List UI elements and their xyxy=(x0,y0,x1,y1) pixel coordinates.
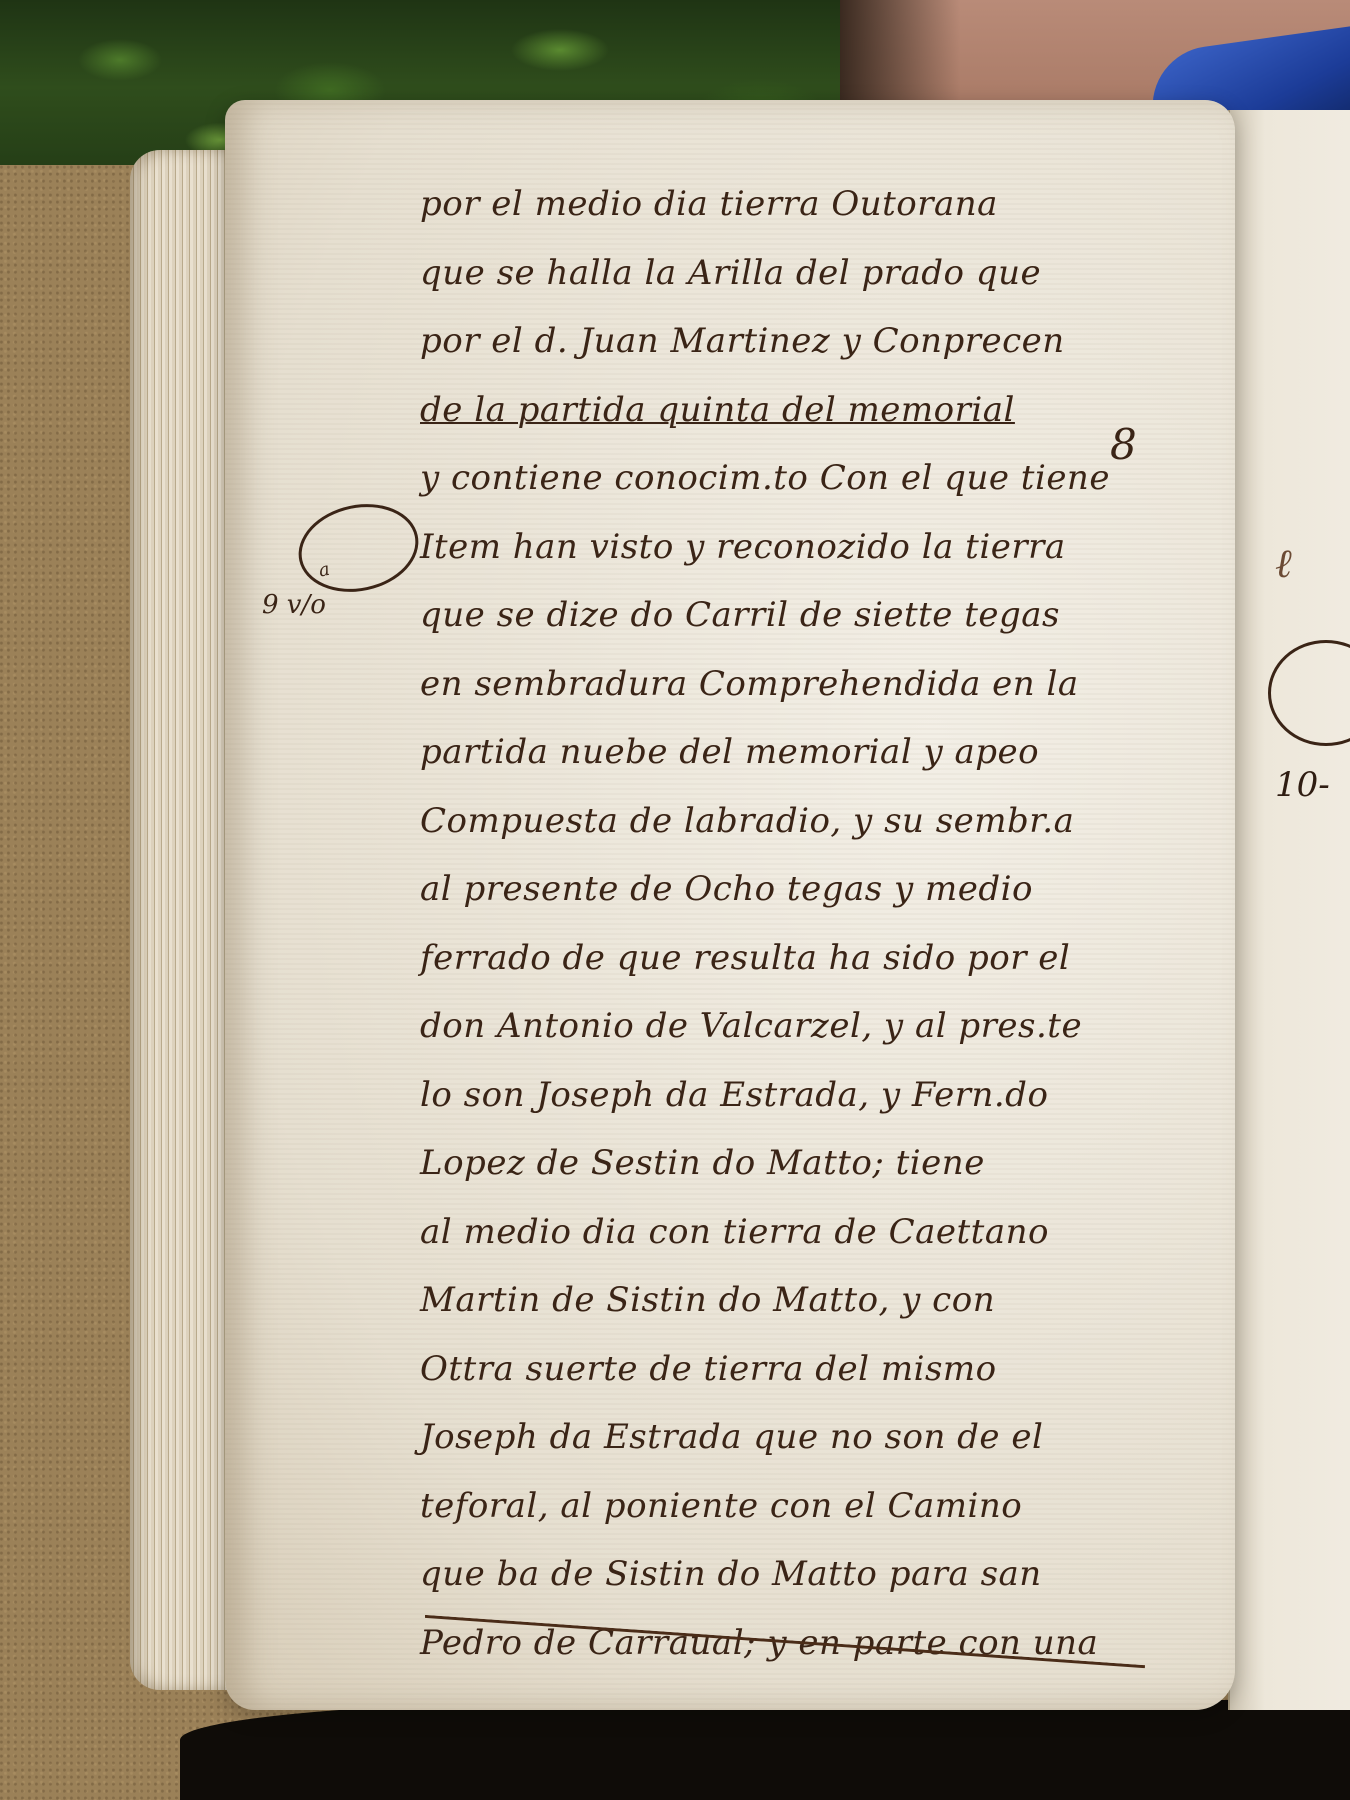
text-line: que ba de Sistin do Matto para san xyxy=(420,1540,1200,1609)
margin-note: 9 v/o xyxy=(262,590,326,620)
facing-page xyxy=(1228,110,1350,1710)
text-line: Martin de Sistin do Matto, y con xyxy=(420,1266,1200,1335)
text-line: por el medio dia tierra Outorana xyxy=(420,170,1200,239)
text-line: Joseph da Estrada que no son de el xyxy=(420,1403,1200,1472)
text-line: de la partida quinta del memorial xyxy=(420,376,1200,445)
facing-page-mark: ℓ xyxy=(1275,540,1292,587)
manuscript-text: por el medio dia tierra Outorana que se … xyxy=(420,170,1200,1677)
text-line: en sembradura Comprehendida en la xyxy=(420,650,1200,719)
text-line: partida nuebe del memorial y apeo xyxy=(420,718,1200,787)
text-line: Ottra suerte de tierra del mismo xyxy=(420,1335,1200,1404)
text-line: Compuesta de labradio, y su sembr.a xyxy=(420,787,1200,856)
text-line: al presente de Ocho tegas y medio xyxy=(420,855,1200,924)
text-line: al medio dia con tierra de Caettano xyxy=(420,1198,1200,1267)
text-line: que se dize do Carril de siette tegas xyxy=(420,581,1200,650)
book-shadow xyxy=(180,1700,1350,1800)
text-line: lo son Joseph da Estrada, y Fern.do xyxy=(420,1061,1200,1130)
text-line: don Antonio de Valcarzel, y al pres.te xyxy=(420,992,1200,1061)
text-line: por el d. Juan Martinez y Conprecen xyxy=(420,307,1200,376)
page-edges xyxy=(130,150,240,1690)
text-line: teforal, al poniente con el Camino xyxy=(420,1472,1200,1541)
wall-shadow xyxy=(840,0,960,110)
text-line: que se halla la Arilla del prado que xyxy=(420,239,1200,308)
text-line: Item han visto y reconozido la tierra xyxy=(420,513,1200,582)
text-line: ferrado de que resulta ha sido por el xyxy=(420,924,1200,993)
facing-page-number: 10- xyxy=(1275,765,1330,805)
text-line: Lopez de Sestin do Matto; tiene xyxy=(420,1129,1200,1198)
text-line: y contiene conocim.to Con el que tiene xyxy=(420,444,1200,513)
